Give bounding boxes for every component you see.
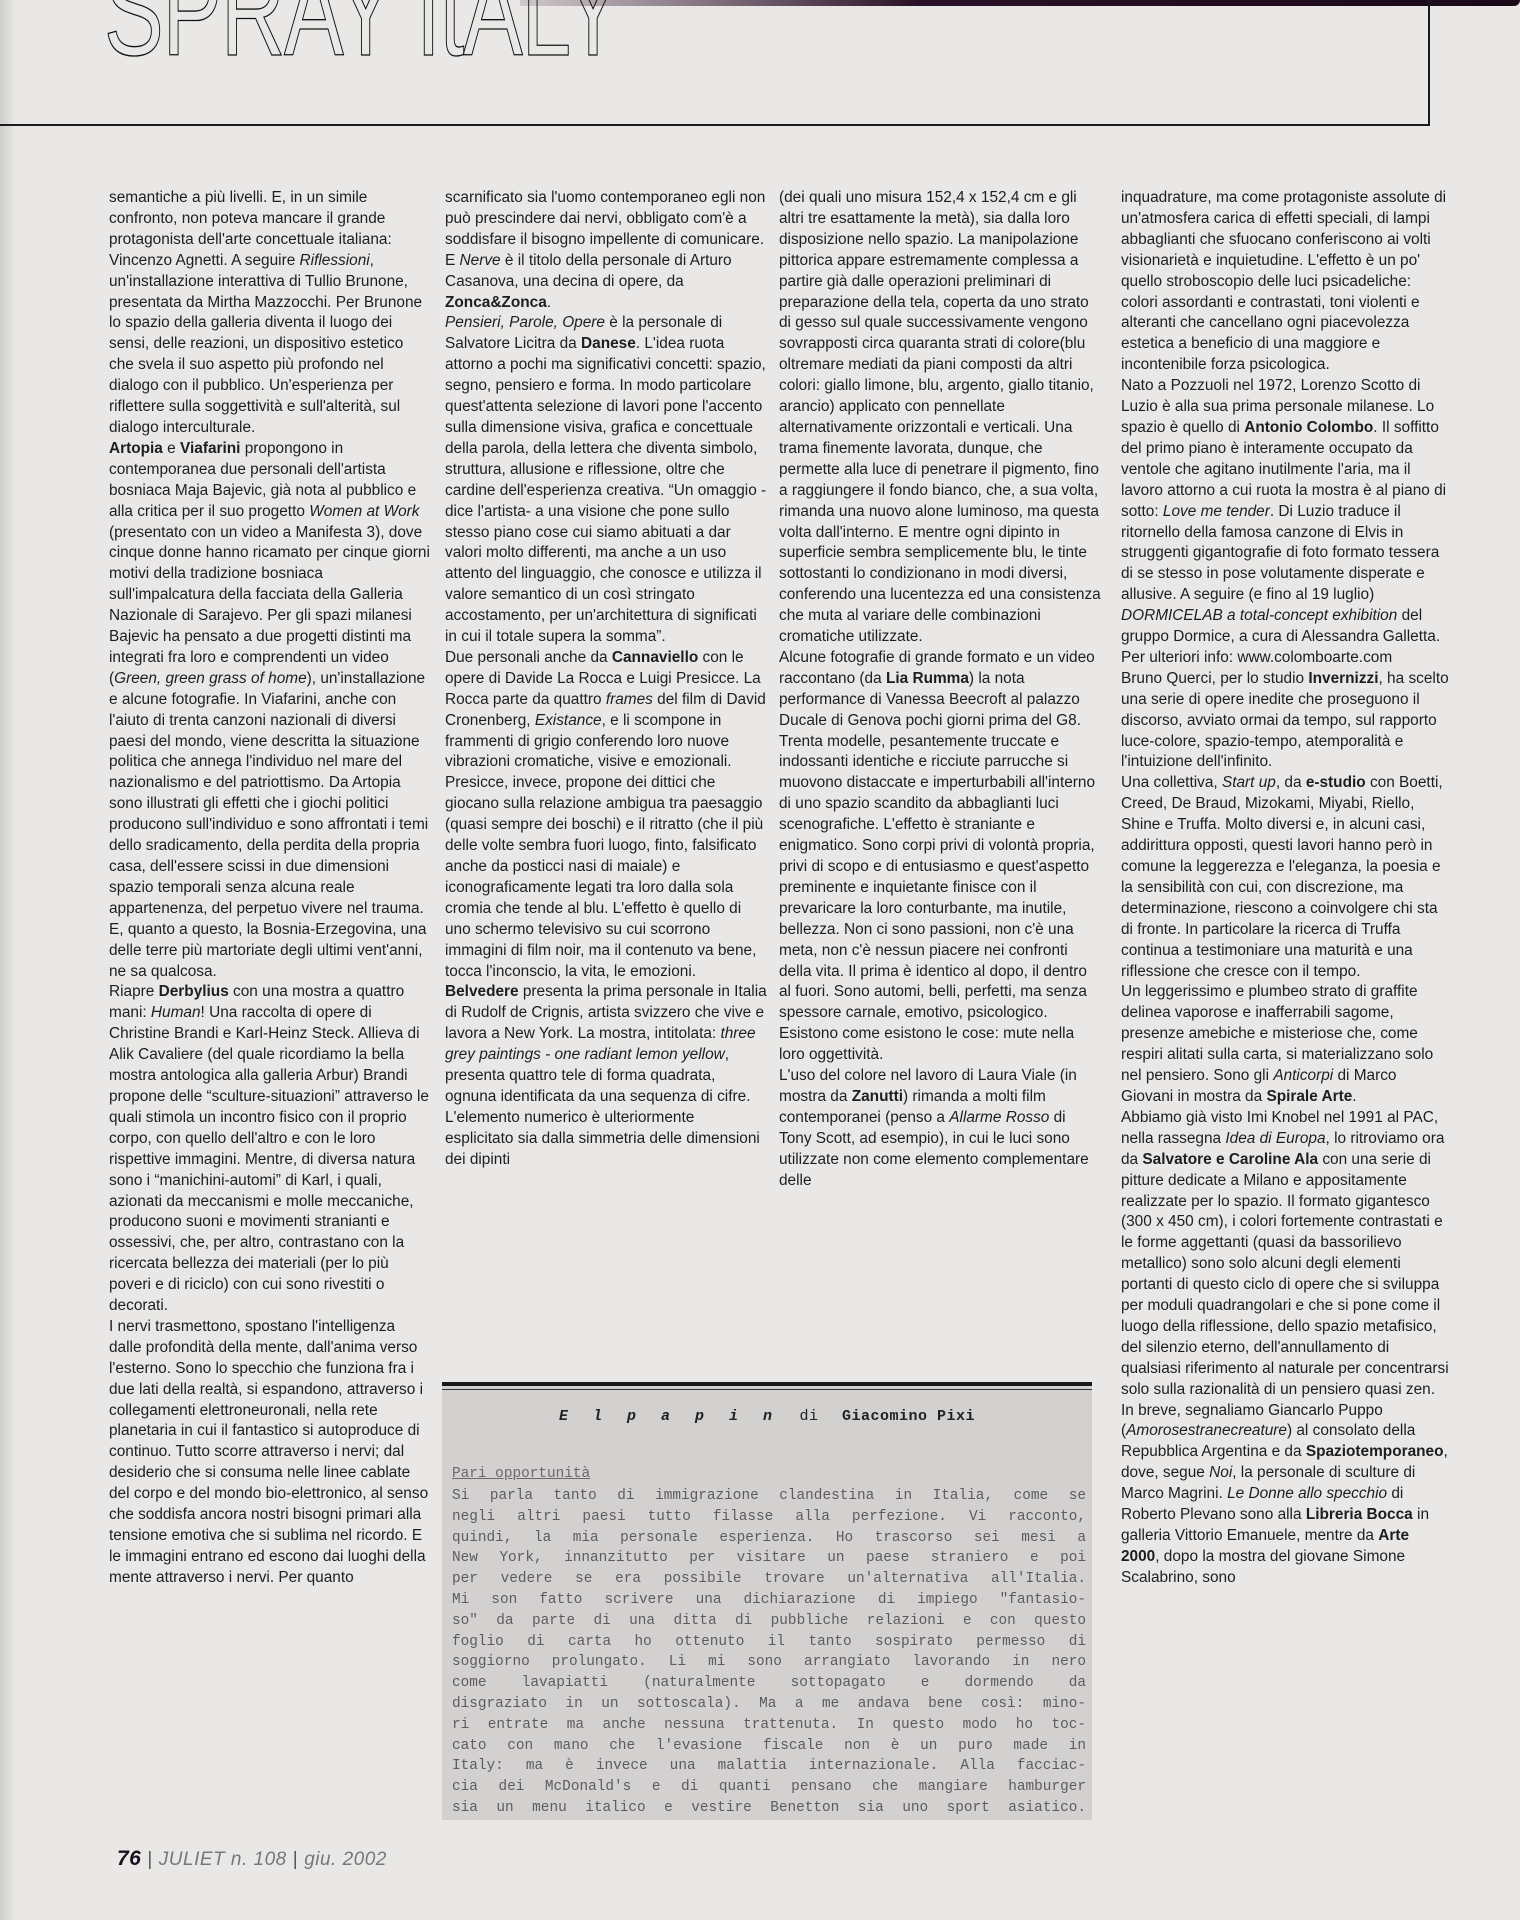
sidebar-line: cato con mano che l'evasione fiscale non… [452, 1736, 1086, 1757]
article-column-3: (dei quali uno misura 152,4 x 152,4 cm e… [779, 188, 1101, 1192]
article-paragraph: Pensieri, Parole, Opere è la personale d… [445, 313, 767, 648]
article-paragraph: Una collettiva, Start up, da e-studio co… [1121, 773, 1451, 982]
article-paragraph: scarnificato sia l'uomo contemporaneo eg… [445, 188, 767, 313]
article-paragraph: Nato a Pozzuoli nel 1972, Lorenzo Scotto… [1121, 376, 1451, 669]
sidebar-line: foglio di carta ho ottenuto il tanto sos… [452, 1632, 1086, 1653]
article-paragraph: Un leggerissimo e plumbeo strato di graf… [1121, 982, 1451, 1107]
article-paragraph: Bruno Querci, per lo studio Invernizzi, … [1121, 669, 1451, 774]
article-paragraph: inquadrature, ma come protagoniste assol… [1121, 188, 1451, 376]
article-paragraph: Riapre Derbylius con una mostra a quattr… [109, 982, 431, 1317]
article-paragraph: Artopia e Viafarini propongono in contem… [109, 439, 431, 983]
sidebar-line: ri entrate ma anche nessuna trattenuta. … [452, 1715, 1086, 1736]
sidebar-line: negli altri paesi tutto filasse alla per… [452, 1507, 1086, 1528]
article-paragraph: Due personali anche da Cannaviello con l… [445, 648, 767, 773]
sidebar-line: Mi son fatto scrivere una dichiarazione … [452, 1590, 1086, 1611]
sidebar-line: sia un menu italico e vestire Benetton s… [452, 1798, 1086, 1819]
article-column-1: semantiche a più livelli. E, in un simil… [109, 188, 431, 1589]
footer-separator: | [147, 1849, 152, 1870]
page-number: 76 [117, 1847, 141, 1870]
magazine-issue: JULIET n. 108 [159, 1849, 287, 1870]
article-paragraph: Belvedere presenta la prima personale in… [445, 982, 767, 1170]
page-footer: 76|JULIET n. 108|giu. 2002 [117, 1847, 387, 1871]
sidebar-heading: Pari opportunità [452, 1466, 590, 1482]
sidebar-line: soggiorno prolungato. Li mi sono arrangi… [452, 1652, 1086, 1673]
sidebar-line: so" da parte di una ditta di pubbliche r… [452, 1611, 1086, 1632]
article-paragraph: (dei quali uno misura 152,4 x 152,4 cm e… [779, 188, 1101, 648]
sidebar-title: E l p a p i n di Giacomino Pixi [442, 1408, 1092, 1425]
section-header: SPRAY ItALY [0, 0, 1430, 126]
sidebar-by: di [799, 1408, 818, 1425]
sidebar-line: disgraziato in un sottoscala). Ma a me a… [452, 1694, 1086, 1715]
article-paragraph: Presicce, invece, propone dei dittici ch… [445, 773, 767, 982]
sidebar-column-name: E l p a p i n [559, 1408, 780, 1425]
section-title: SPRAY ItALY [104, 0, 621, 76]
sidebar-line: New York, innanzitutto per visitare un p… [452, 1548, 1086, 1569]
el-papin-column-box: E l p a p i n di Giacomino Pixi Pari opp… [442, 1382, 1092, 1820]
sidebar-line: Si parla tanto di immigrazione clandesti… [452, 1486, 1086, 1507]
article-paragraph: Alcune fotografie di grande formato e un… [779, 648, 1101, 1066]
sidebar-line: come lavapiatti (naturalmente sottopagat… [452, 1673, 1086, 1694]
article-paragraph: Abbiamo già visto Imi Knobel nel 1991 al… [1121, 1108, 1451, 1401]
article-paragraph: I nervi trasmettono, spostano l'intellig… [109, 1317, 431, 1589]
sidebar-line: per vedere se era possibile trovare un'a… [452, 1569, 1086, 1590]
sidebar-line: quindi, la mia personale esperienza. Ho … [452, 1528, 1086, 1549]
article-column-2: scarnificato sia l'uomo contemporaneo eg… [445, 188, 767, 1171]
sidebar-author: Giacomino Pixi [842, 1408, 975, 1425]
article-paragraph: In breve, segnaliamo Giancarlo Puppo (Am… [1121, 1401, 1451, 1589]
footer-separator: | [293, 1849, 298, 1870]
article-paragraph: L'uso del colore nel lavoro di Laura Via… [779, 1066, 1101, 1191]
sidebar-line: cia dei McDonald's e di quanti pensano c… [452, 1777, 1086, 1798]
article-paragraph: semantiche a più livelli. E, in un simil… [109, 188, 431, 439]
sidebar-body: Si parla tanto di immigrazione clandesti… [452, 1486, 1086, 1819]
issue-date: giu. 2002 [304, 1849, 387, 1870]
sidebar-line: Italy: ma è invece una malattia internaz… [452, 1756, 1086, 1777]
article-column-4: inquadrature, ma come protagoniste assol… [1121, 188, 1451, 1589]
page-edge [0, 0, 14, 1920]
